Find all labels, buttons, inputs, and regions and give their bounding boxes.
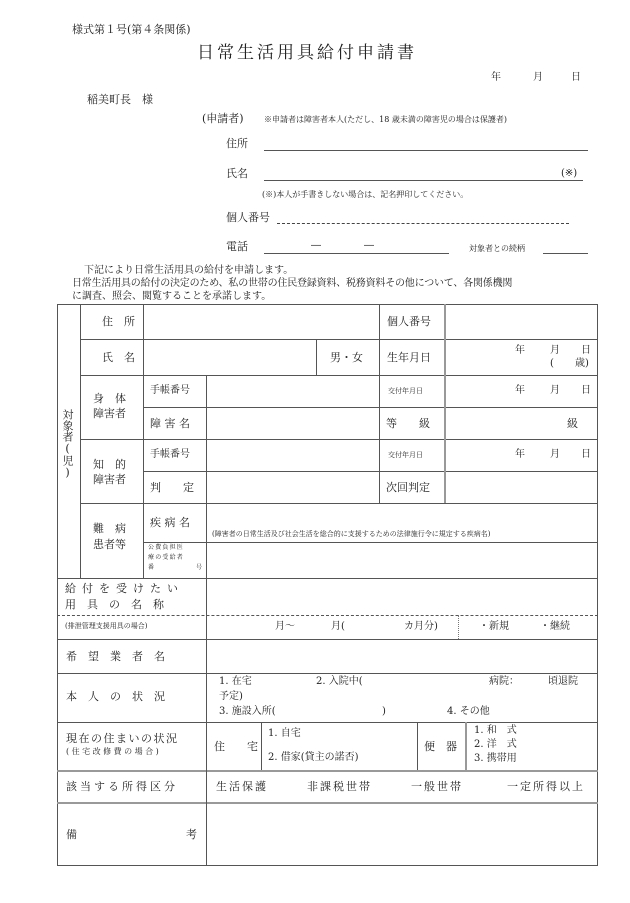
facility-close: ) bbox=[382, 707, 386, 717]
applicant-note: ※申請者は障害者本人(ただし、18 歳未満の障害児の場合は保護者) bbox=[264, 116, 507, 124]
disease-name-label: 疾 病 名 bbox=[150, 517, 190, 528]
toilet-label: 便 器 bbox=[424, 741, 457, 752]
birth-day: 日 bbox=[581, 346, 591, 356]
public-medical-label-3a: 番 bbox=[148, 565, 154, 571]
phone-dash-1: ― bbox=[311, 241, 321, 251]
planned-label: 予定) bbox=[219, 692, 243, 702]
applicant-name-label: 氏名 bbox=[226, 168, 248, 179]
residence-label-1: 現在の住まいの状況 bbox=[66, 733, 179, 744]
physical-grade-label: 等 級 bbox=[386, 418, 430, 429]
residence-label-2: (住宅改修費の場合) bbox=[66, 748, 161, 756]
new-option[interactable]: ・新規 bbox=[479, 622, 509, 632]
intellectual-issue-day: 日 bbox=[581, 450, 591, 460]
judgement-label: 判 定 bbox=[150, 482, 194, 493]
applicant-id-label: 個人番号 bbox=[226, 212, 270, 223]
physical-disability-field[interactable] bbox=[207, 408, 378, 438]
judgement-field[interactable] bbox=[207, 472, 378, 502]
equipment-label-1: 給付を受けたい bbox=[65, 583, 184, 594]
applicant-phone-label: 電話 bbox=[226, 241, 248, 252]
intellectual-notebook-label: 手帳番号 bbox=[150, 450, 190, 460]
remarks-label-right: 考 bbox=[186, 829, 197, 840]
intro-line-3: に調査、照会、閲覧することを承諾します。 bbox=[72, 292, 271, 302]
toilet-option-japanese[interactable]: 1. 和 式 bbox=[474, 726, 517, 736]
status-label: 本 人 の 状 況 bbox=[66, 691, 165, 702]
next-judgement-label: 次回判定 bbox=[386, 482, 430, 493]
hospital-label: 病院： bbox=[489, 677, 519, 687]
addressee: 稲美町長 様 bbox=[87, 94, 153, 105]
sex-select[interactable]: 男・女 bbox=[330, 352, 363, 363]
intro-line-2: 日常生活用具の給付の決定のため、私の世帯の住民登録資料、税務資料その他について、… bbox=[72, 279, 512, 289]
status-option-home[interactable]: 1. 在宅 bbox=[219, 677, 252, 687]
age-open: ( bbox=[550, 359, 554, 369]
relation-label: 対象者との続柄 bbox=[469, 245, 525, 253]
public-medical-label-1: 公費負担医 bbox=[148, 545, 184, 551]
status-option-other[interactable]: 4. その他 bbox=[447, 707, 490, 717]
applicant-phone-field[interactable] bbox=[264, 253, 449, 254]
month-from-label: 月～ bbox=[275, 622, 295, 632]
physical-notebook-field[interactable] bbox=[207, 376, 378, 406]
vendor-field[interactable] bbox=[207, 640, 597, 672]
personal-number-field[interactable] bbox=[446, 305, 596, 338]
income-option-general[interactable]: 一般世帯 bbox=[411, 781, 463, 792]
subject-address-label: 住 所 bbox=[102, 316, 135, 327]
intellectual-notebook-field[interactable] bbox=[207, 440, 378, 470]
physical-issue-month: 月 bbox=[550, 386, 560, 396]
birthdate-label: 生年月日 bbox=[387, 352, 431, 363]
relation-field[interactable] bbox=[543, 253, 588, 254]
month-to-label: 月( bbox=[331, 622, 345, 632]
intractable-label-1: 難 病 bbox=[93, 523, 126, 534]
intellectual-label-2: 障害者 bbox=[93, 474, 126, 485]
intellectual-issue-month: 月 bbox=[550, 450, 560, 460]
subject-name-label: 氏 名 bbox=[102, 352, 135, 363]
physical-issue-label: 交付年月日 bbox=[388, 388, 423, 395]
public-medical-field[interactable] bbox=[207, 543, 597, 577]
birth-month: 月 bbox=[550, 346, 560, 356]
subject-address-field[interactable] bbox=[144, 305, 378, 338]
physical-issue-year: 年 bbox=[515, 386, 525, 396]
intractable-label-2: 患者等 bbox=[93, 539, 126, 550]
date-month-label: 月 bbox=[533, 73, 543, 83]
physical-issue-day: 日 bbox=[581, 386, 591, 396]
status-option-hospital[interactable]: 2. 入院中( bbox=[316, 677, 363, 687]
physical-grade-suffix: 級 bbox=[567, 418, 578, 429]
applicant-address-field[interactable] bbox=[264, 150, 588, 151]
public-medical-label-2: 療の受給者 bbox=[148, 555, 184, 561]
intellectual-issue-label: 交付年月日 bbox=[388, 452, 423, 459]
physical-label-2: 障害者 bbox=[93, 408, 126, 419]
form-number: 様式第１号(第４条関係) bbox=[72, 24, 191, 35]
income-option-welfare[interactable]: 生活保護 bbox=[216, 781, 268, 792]
applicant-label: (申請者) bbox=[202, 113, 244, 124]
age-label: 歳) bbox=[575, 359, 589, 369]
physical-disability-label: 障 害 名 bbox=[150, 418, 190, 429]
intellectual-issue-year: 年 bbox=[515, 450, 525, 460]
disease-name-field[interactable] bbox=[207, 504, 597, 541]
subject-name-field[interactable] bbox=[144, 340, 315, 374]
vendor-label: 希 望 業 者 名 bbox=[66, 651, 165, 662]
equipment-label-2: 用 具 の 名 称 bbox=[65, 599, 164, 610]
housing-option-own[interactable]: 1. 自宅 bbox=[268, 729, 301, 739]
status-option-facility[interactable]: 3. 施設入所( bbox=[219, 707, 276, 717]
date-day-label: 日 bbox=[571, 73, 581, 83]
income-label: 該当する所得区分 bbox=[66, 781, 178, 792]
toilet-option-portable[interactable]: 3. 携帯用 bbox=[474, 754, 517, 764]
equipment-name-field[interactable] bbox=[207, 579, 597, 614]
discharge-label: 頃退院 bbox=[548, 677, 578, 687]
personal-number-label: 個人番号 bbox=[387, 316, 431, 327]
income-option-high[interactable]: 一定所得以上 bbox=[507, 781, 585, 792]
income-option-nontaxable[interactable]: 非課税世帯 bbox=[307, 781, 372, 792]
next-judgement-field[interactable] bbox=[446, 472, 596, 502]
intro-line-1: 下記により日常生活用具の給付を申請します。 bbox=[84, 266, 293, 276]
applicant-name-note: (※)本人が手書きしない場合は、記名押印してください。 bbox=[262, 191, 468, 199]
housing-option-rent[interactable]: 2. 借家(貸主の諾否) bbox=[268, 753, 359, 763]
phone-dash-2: ― bbox=[364, 241, 374, 251]
housing-label: 住 宅 bbox=[214, 741, 258, 752]
remarks-field[interactable] bbox=[207, 804, 597, 864]
physical-notebook-label: 手帳番号 bbox=[150, 386, 190, 396]
applicant-id-field[interactable] bbox=[277, 223, 569, 224]
physical-label-1: 身 体 bbox=[93, 393, 126, 404]
remarks-label-left: 備 bbox=[66, 829, 77, 840]
intellectual-label-1: 知 的 bbox=[93, 459, 126, 470]
date-year-label: 年 bbox=[491, 73, 501, 83]
excretion-label: (排泄管理支援用具の場合) bbox=[65, 623, 147, 630]
birth-year: 年 bbox=[515, 346, 525, 356]
applicant-address-label: 住所 bbox=[226, 138, 248, 149]
toilet-option-western[interactable]: 2. 洋 式 bbox=[474, 740, 517, 750]
page-title: 日常生活用具給付申請書 bbox=[197, 45, 417, 62]
subject-label: 対象者(児) bbox=[62, 409, 73, 479]
applicant-name-mark: (※) bbox=[561, 169, 577, 179]
applicant-name-field[interactable] bbox=[264, 180, 583, 181]
continue-option[interactable]: ・継続 bbox=[540, 622, 570, 632]
public-medical-label-3b: 号 bbox=[196, 565, 202, 571]
months-count-label: カ月分) bbox=[404, 622, 438, 632]
